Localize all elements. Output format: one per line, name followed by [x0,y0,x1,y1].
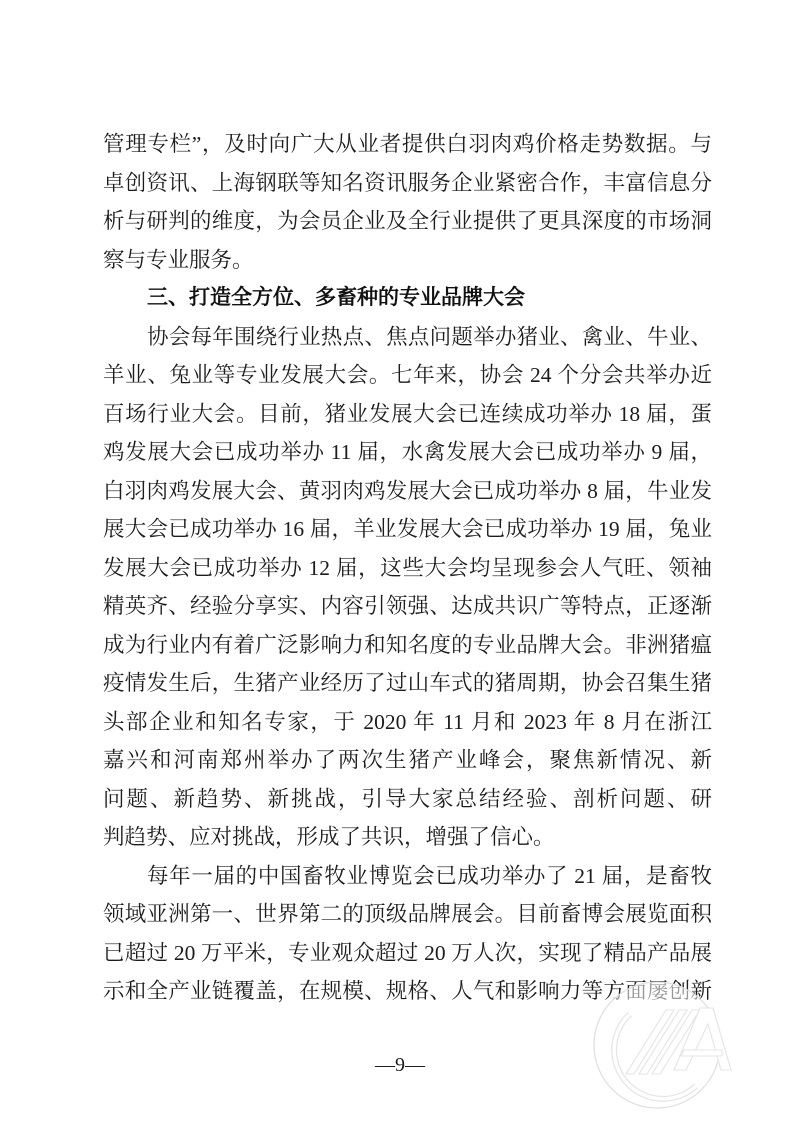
text-line: 羊业、兔业等专业发展大会。七年来，协会 24 个分会共举办近 [103,356,712,395]
text-line: 头部企业和知名专家，于 2020 年 11 月和 2023 年 8 月在浙江 [103,703,712,742]
text-line: 判趋势、应对挑战，形成了共识，增强了信心。 [103,818,712,857]
page-number: —9— [0,1054,800,1077]
section-heading: 三、打造全方位、多畜种的专业品牌大会 [103,279,712,318]
text-line: 已超过 20 万平米，专业观众超过 20 万人次，实现了精品产品展 [103,934,712,973]
text-line: 百场行业大会。目前，猪业发展大会已连续成功举办 18 届，蛋 [103,395,712,434]
text-line: 示和全产业链覆盖，在规模、规格、人气和影响力等方面屡创新 [103,972,712,1011]
text-line: 每年一届的中国畜牧业博览会已成功举办了 21 届，是畜牧 [103,857,712,896]
text-line: 析与研判的维度，为会员企业及全行业提供了更具深度的市场洞 [103,202,712,241]
text-line: 领域亚洲第一、世界第二的顶级品牌展会。目前畜博会展览面积 [103,895,712,934]
document-body: 管理专栏”，及时向广大从业者提供白羽肉鸡价格走势数据。与卓创资讯、上海钢联等知名… [103,125,712,1011]
text-line: 卓创资讯、上海钢联等知名资讯服务企业紧密合作，丰富信息分 [103,164,712,203]
text-line: 疫情发生后，生猪产业经历了过山车式的猪周期，协会召集生猪 [103,664,712,703]
text-line: 白羽肉鸡发展大会、黄羽肉鸡发展大会已成功举办 8 届，牛业发 [103,472,712,511]
text-line: 问题、新趋势、新挑战，引导大家总结经验、剖析问题、研 [103,780,712,819]
document-page: 管理专栏”，及时向广大从业者提供白羽肉鸡价格走势数据。与卓创资讯、上海钢联等知名… [0,0,800,1131]
text-line: 嘉兴和河南郑州举办了两次生猪产业峰会，聚焦新情况、新 [103,741,712,780]
text-line: 成为行业内有着广泛影响力和知名度的专业品牌大会。非洲猪瘟 [103,626,712,665]
text-line: 发展大会已成功举办 12 届，这些大会均呈现参会人气旺、领袖 [103,549,712,588]
text-line: 鸡发展大会已成功举办 11 届，水禽发展大会已成功举办 9 届， [103,433,712,472]
text-line: 管理专栏”，及时向广大从业者提供白羽肉鸡价格走势数据。与 [103,125,712,164]
text-line: 展大会已成功举办 16 届，羊业发展大会已成功举办 19 届，兔业 [103,510,712,549]
text-line: 精英齐、经验分享实、内容引领强、达成共识广等特点，正逐渐 [103,587,712,626]
text-line: 协会每年围绕行业热点、焦点问题举办猪业、禽业、牛业、 [103,318,712,357]
text-line: 察与专业服务。 [103,241,712,280]
